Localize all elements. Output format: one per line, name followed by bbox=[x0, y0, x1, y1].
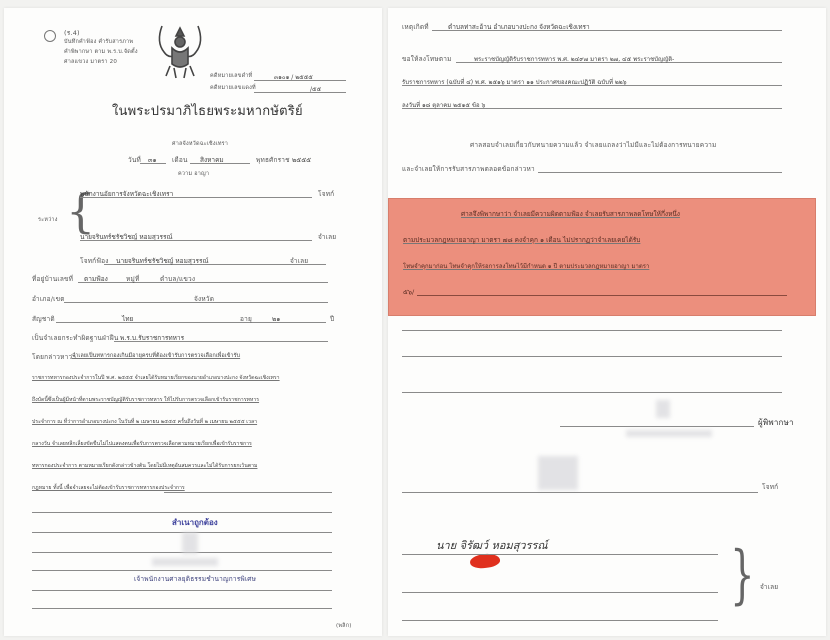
charge-line: ทหารกองประจำการ ตามหมายเรียกดังกล่าวข้าง… bbox=[32, 462, 257, 470]
handwritten-defendant-name: นาย จิรัฒว์ หอมสุวรรณ์ bbox=[436, 536, 548, 554]
address-label: ที่อยู่บ้านเลขที่ bbox=[32, 274, 73, 284]
nationality-value: ไทย bbox=[122, 314, 133, 324]
page-turn-note: (พลิก) bbox=[336, 622, 352, 630]
date-day: ๓๑ bbox=[148, 155, 157, 165]
punch-hole-icon bbox=[44, 30, 56, 42]
nationality-label: สัญชาติ bbox=[32, 314, 55, 324]
law-label: ขอให้ลงโทษตาม bbox=[402, 54, 452, 64]
inquiry-line: และจำเลยให้การรับสารภาพตลอดข้อกล่าวหา bbox=[402, 164, 535, 174]
offense-value: พ.ร.บ.รับราชการทหาร bbox=[120, 333, 184, 343]
inquiry-line: ศาลสอบจำเลยเกี่ยวกับทนายความแล้ว จำเลยแถ… bbox=[470, 140, 717, 150]
defendant-label: จำเลย bbox=[760, 582, 778, 592]
date-month-label: เดือน bbox=[172, 155, 188, 165]
charge-label: โดยกล่าวหาว่า bbox=[32, 352, 76, 362]
court-name: ศาลจังหวัดฉะเชิงเทรา bbox=[172, 140, 228, 148]
case-type: ความ อาญา bbox=[178, 170, 209, 178]
case-red-number: /๕๕ bbox=[310, 84, 321, 94]
law-line: รับราชการทหาร (ฉบับที่ ๔) พ.ศ. ๒๕๑๖ มาตร… bbox=[402, 77, 627, 87]
age-value: ๒๑ bbox=[272, 314, 280, 324]
incident-label: เหตุเกิดที่ bbox=[402, 22, 429, 32]
defendant-role: จำเลย bbox=[318, 232, 336, 242]
date-year: ๒๕๕๕ bbox=[292, 155, 311, 165]
subdistrict-label: ตำบล/แขวง bbox=[160, 274, 195, 284]
right-page: เหตุเกิดที่ ตำบลท่าสะอ้าน อำเภอบางปะกง จ… bbox=[388, 8, 826, 636]
law-line: ลงวันที่ ๑๘ ตุลาคม ๒๕๑๕ ข้อ ๖ bbox=[402, 100, 485, 110]
verdict-line: ศาลจึงพิพากษาว่า จำเลยมีความผิดตามฟ้อง จ… bbox=[461, 209, 680, 219]
address-value: ตามฟ้อง bbox=[84, 274, 108, 284]
form-code: (ร.4) bbox=[64, 28, 80, 38]
charge-line: ประจำการ ณ ที่ว่าการอำเภอบางปะกง ในวันที… bbox=[32, 418, 257, 426]
officer-title: เจ้าพนักงานศาลยุติธรรมชำนาญการพิเศษ bbox=[134, 574, 256, 584]
closing-brace-icon: } bbox=[730, 538, 754, 612]
date-month: สิงหาคม bbox=[200, 155, 224, 165]
case-red-label: คดีหมายเลขแดงที่ bbox=[210, 84, 256, 92]
case-black-label: คดีหมายเลขดำที่ bbox=[210, 72, 252, 80]
offense-label: เป็นจำเลยกระทำผิดฐานฝ่าฝืน bbox=[32, 333, 119, 343]
garuda-emblem-icon bbox=[154, 22, 206, 80]
charge-line: ราชการทหารกองประจำการในปี พ.ศ. ๒๕๕๕ จำเล… bbox=[32, 374, 280, 382]
form-desc-2: คำพิพากษา ตาม พ.ร.บ.จัดตั้ง bbox=[64, 48, 138, 56]
verdict-highlight: ศาลจึงพิพากษาว่า จำเลยมีความผิดตามฟ้อง จ… bbox=[388, 198, 816, 316]
plaintiff-label: โจทก์ bbox=[762, 482, 778, 492]
plaintiff-role: โจทก์ bbox=[318, 189, 334, 199]
verdict-line: โทษจำคุกมาก่อน โทษจำคุกให้รอการลงโทษไว้ม… bbox=[403, 261, 649, 271]
charge-line: จำเลยเป็นทหารกองเกินมีอายุครบที่ต้องเข้า… bbox=[72, 352, 240, 360]
district-label: อำเภอ/เขต bbox=[32, 294, 65, 304]
left-page: (ร.4) บันทึกคำฟ้อง คำรับสารภาพ คำพิพากษา… bbox=[4, 8, 382, 636]
age-label: อายุ bbox=[240, 314, 252, 324]
moo-label: หมู่ที่ bbox=[126, 274, 139, 284]
redacted-judge-signature bbox=[656, 400, 670, 418]
incident-location: ตำบลท่าสะอ้าน อำเภอบางปะกง จังหวัดฉะเชิง… bbox=[448, 22, 590, 32]
verdict-line: ตามประมวลกฎหมายอาญา มาตรา ๗๘ คงจำคุก ๑ เ… bbox=[403, 235, 640, 245]
redacted-signature bbox=[182, 532, 198, 554]
charge-line: ถึงบัดนี้ซึ่งเป็นผู้มีหน้าที่ตามพระราชบั… bbox=[32, 396, 259, 404]
case-black-number: ๓๑๐๑ / ๒๕๕๕ bbox=[274, 72, 313, 82]
between-label: ระหว่าง bbox=[38, 216, 58, 224]
age-unit: ปี bbox=[330, 314, 334, 324]
defendant-repeat: นายจรินทร์ชรัชวิชญ์ หอมสุวรรณ์ bbox=[116, 256, 209, 266]
form-desc-1: บันทึกคำฟ้อง คำรับสารภาพ bbox=[64, 38, 133, 46]
certified-copy-stamp: สำเนาถูกต้อง bbox=[172, 516, 218, 529]
charge-line: กฎหมาย ทั้งนี้ เพื่อจำเลยจะไม่ต้องเข้ารั… bbox=[32, 484, 185, 492]
province-label: จังหวัด bbox=[194, 294, 214, 304]
verdict-line: ๕๖/ bbox=[403, 287, 414, 297]
redacted-officer-name bbox=[152, 558, 218, 566]
defendant-role-2: จำเลย bbox=[290, 256, 308, 266]
document-title: ในพระปรมาภิไธยพระมหากษัตริย์ bbox=[112, 100, 303, 121]
form-desc-3: ศาลแขวง มาตรา 20 bbox=[64, 58, 117, 66]
redacted-plaintiff-signature bbox=[538, 456, 578, 490]
judge-label: ผู้พิพากษา bbox=[758, 416, 794, 429]
charge-line: กลางวัน จำเลยหลีกเลี่ยงขัดขืนไม่ไปแสดงตน… bbox=[32, 440, 252, 448]
redacted-judge-name bbox=[626, 430, 712, 437]
law-line: พระราชบัญญัติรับราชการทหาร พ.ศ. ๒๔๙๗ มาต… bbox=[474, 54, 674, 64]
date-year-label: พุทธศักราช bbox=[256, 155, 290, 165]
